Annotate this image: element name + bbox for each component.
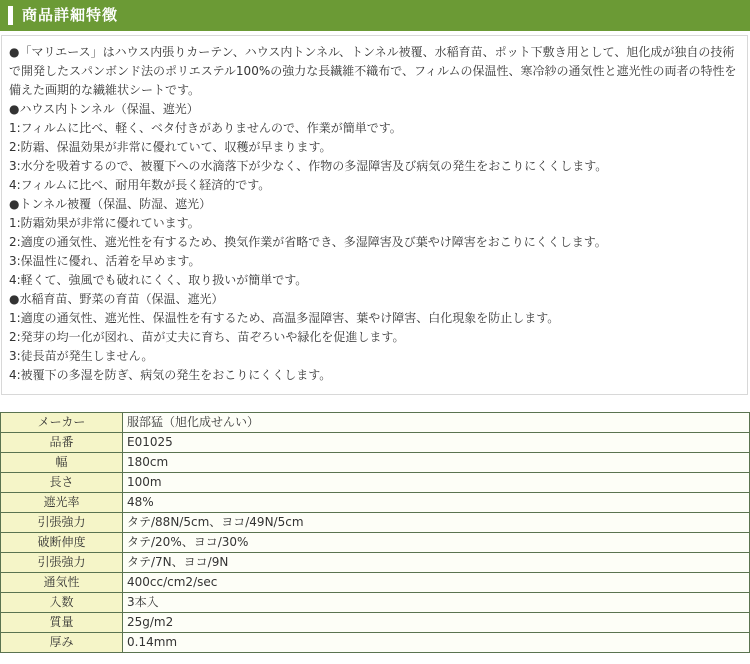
table-row: 遮光率 48% xyxy=(1,493,750,513)
spec-label: 入数 xyxy=(1,593,123,613)
description-line: 1:防霜効果が非常に優れています。 xyxy=(9,214,740,233)
description-line: 3:徒長苗が発生しません。 xyxy=(9,347,740,366)
table-row: 引張強力 タテ/88N/5cm、ヨコ/49N/5cm xyxy=(1,513,750,533)
description-line: ●水稲育苗、野菜の育苗（保温、遮光） xyxy=(9,290,740,309)
spec-label: 通気性 xyxy=(1,573,123,593)
spec-label: 破断伸度 xyxy=(1,533,123,553)
spec-value: 100m xyxy=(123,473,750,493)
description-line: 2:適度の通気性、遮光性を有するため、換気作業が省略でき、多湿障害及び葉やけ障害… xyxy=(9,233,740,252)
description-line: 2:発芽の均一化が図れ、苗が丈夫に育ち、苗ぞろいや緑化を促進します。 xyxy=(9,328,740,347)
spec-value: 服部猛（旭化成せんい） xyxy=(123,413,750,433)
description-line: 1:適度の通気性、遮光性、保温性を有するため、高温多湿障害、葉やけ障害、白化現象… xyxy=(9,309,740,328)
description-line: 4:軽くて、強風でも破れにくく、取り扱いが簡単です。 xyxy=(9,271,740,290)
spec-table: メーカー 服部猛（旭化成せんい） 品番 E01025 幅 180cm 長さ 10… xyxy=(0,412,750,653)
table-row: 厚み 0.14mm xyxy=(1,633,750,653)
spec-label: 長さ xyxy=(1,473,123,493)
table-row: 幅 180cm xyxy=(1,453,750,473)
spec-value: タテ/7N、ヨコ/9N xyxy=(123,553,750,573)
table-row: 入数 3本入 xyxy=(1,593,750,613)
section-header: 商品詳細特徴 xyxy=(0,0,750,31)
spec-value: 48% xyxy=(123,493,750,513)
table-row: 通気性 400cc/cm2/sec xyxy=(1,573,750,593)
description-line: 3:水分を吸着するので、被覆下への水滴落下が少なく、作物の多湿障害及び病気の発生… xyxy=(9,157,740,176)
header-accent-bar xyxy=(8,6,13,25)
spec-value: 400cc/cm2/sec xyxy=(123,573,750,593)
description-line: 3:保温性に優れ、活着を早めます。 xyxy=(9,252,740,271)
spec-value: タテ/20%、ヨコ/30% xyxy=(123,533,750,553)
description-line: ●ハウス内トンネル（保温、遮光） xyxy=(9,100,740,119)
spec-label: 遮光率 xyxy=(1,493,123,513)
description-line: 4:被覆下の多湿を防ぎ、病気の発生をおこりにくくします。 xyxy=(9,366,740,385)
description-line: 1:フィルムに比べ、軽く、ベタ付きがありませんので、作業が簡単です。 xyxy=(9,119,740,138)
description-line: ●「マリエース」はハウス内張りカーテン、ハウス内トンネル、トンネル被覆、水稲育苗… xyxy=(9,43,740,100)
product-description: ●「マリエース」はハウス内張りカーテン、ハウス内トンネル、トンネル被覆、水稲育苗… xyxy=(1,35,748,395)
spec-label: 品番 xyxy=(1,433,123,453)
spec-value: 0.14mm xyxy=(123,633,750,653)
page-title: 商品詳細特徴 xyxy=(22,8,118,24)
table-row: 品番 E01025 xyxy=(1,433,750,453)
spec-label: メーカー xyxy=(1,413,123,433)
spec-label: 厚み xyxy=(1,633,123,653)
spec-label: 質量 xyxy=(1,613,123,633)
table-row: 質量 25g/m2 xyxy=(1,613,750,633)
description-line: 4:フィルムに比べ、耐用年数が長く経済的です。 xyxy=(9,176,740,195)
spec-label: 引張強力 xyxy=(1,513,123,533)
spec-value: 25g/m2 xyxy=(123,613,750,633)
description-line: 2:防霜、保温効果が非常に優れていて、収穫が早まります。 xyxy=(9,138,740,157)
table-row: 引張強力 タテ/7N、ヨコ/9N xyxy=(1,553,750,573)
table-row: メーカー 服部猛（旭化成せんい） xyxy=(1,413,750,433)
spec-label: 幅 xyxy=(1,453,123,473)
spec-value: E01025 xyxy=(123,433,750,453)
spec-value: 180cm xyxy=(123,453,750,473)
spec-value: タテ/88N/5cm、ヨコ/49N/5cm xyxy=(123,513,750,533)
spec-label: 引張強力 xyxy=(1,553,123,573)
spec-value: 3本入 xyxy=(123,593,750,613)
table-row: 長さ 100m xyxy=(1,473,750,493)
table-row: 破断伸度 タテ/20%、ヨコ/30% xyxy=(1,533,750,553)
description-line: ●トンネル被覆（保温、防湿、遮光） xyxy=(9,195,740,214)
